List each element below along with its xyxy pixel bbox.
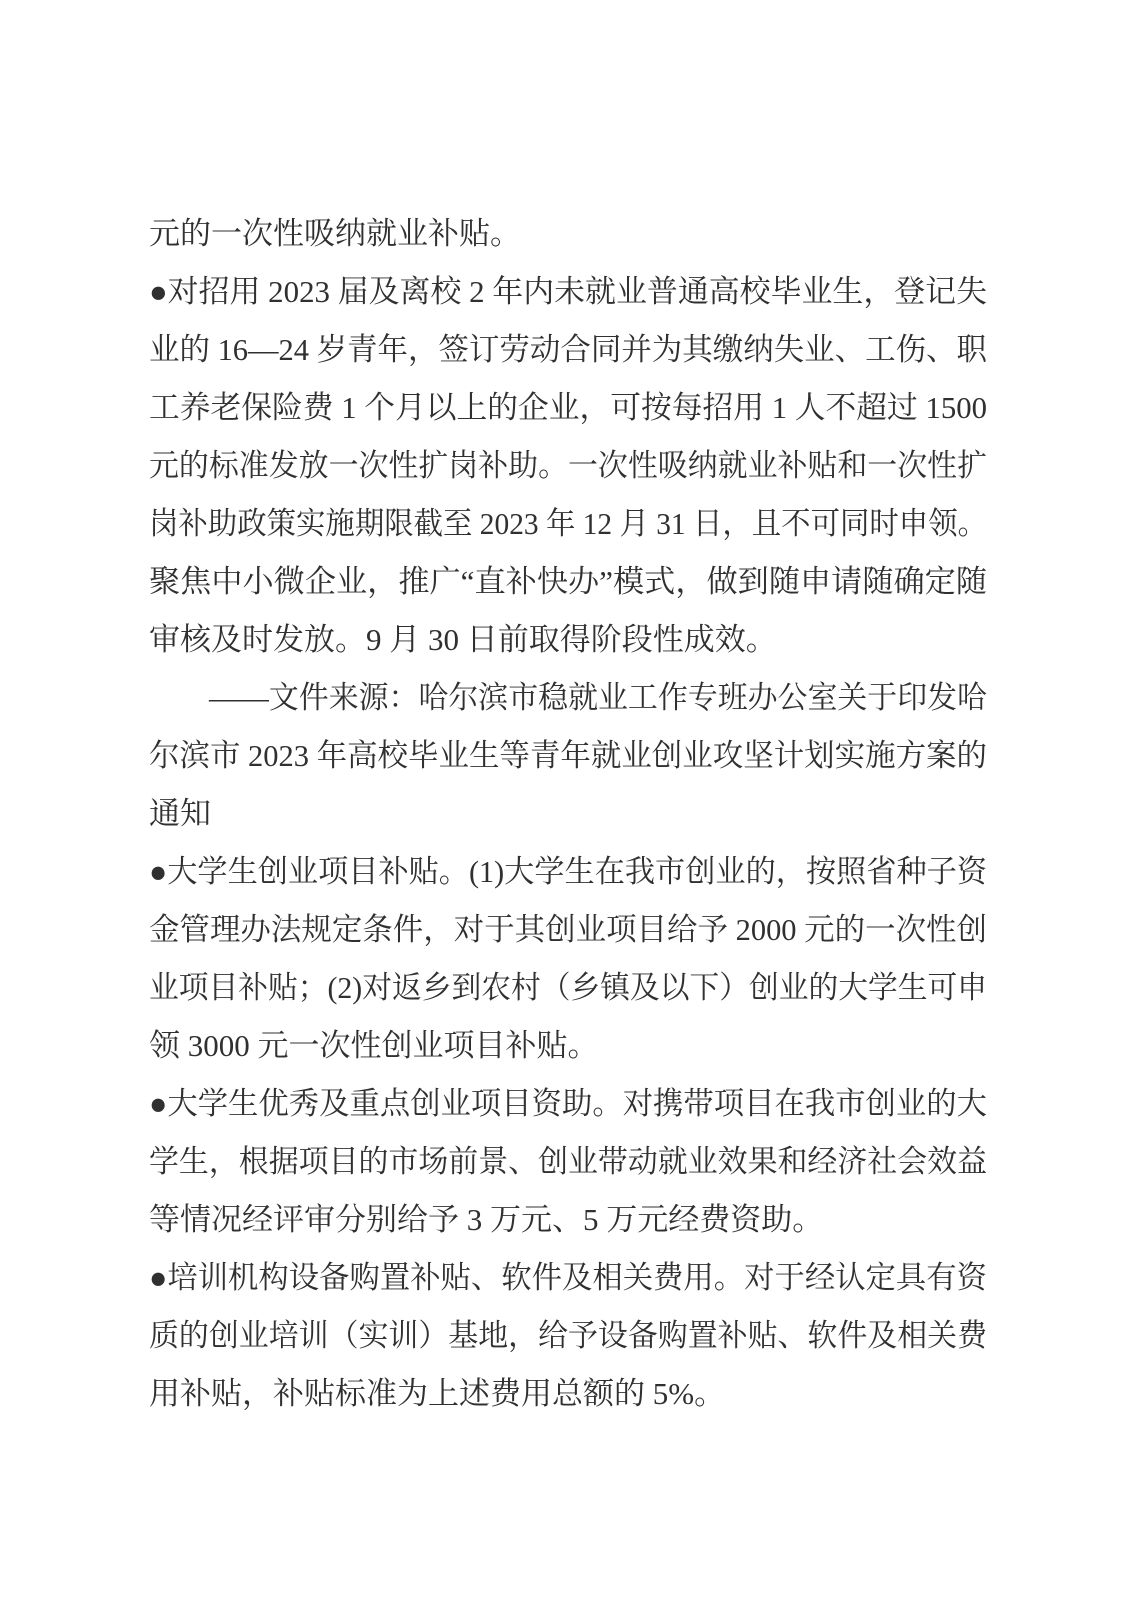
text-line-content: 金管理办法规定条件，对于其创业项目给予 2000 元的一次性创: [149, 901, 987, 959]
text-line-content: 岗补助政策实施期限截至 2023 年 12 月 31 日，且不可同时申领。: [149, 495, 987, 553]
text-line-content: 质的创业培训（实训）基地，给予设备购置补贴、软件及相关费: [149, 1307, 987, 1365]
text-line: 领 3000 元一次性创业项目补贴。: [149, 1017, 987, 1075]
text-line: 等情况经评审分别给予 3 万元、5 万元经费资助。: [149, 1191, 987, 1249]
text-line-content: ●大学生优秀及重点创业项目资助。对携带项目在我市创业的大: [149, 1075, 987, 1133]
bullet-text-line: ●大学生创业项目补贴。(1)大学生在我市创业的，按照省种子资: [149, 843, 987, 901]
bullet-text-line: ●对招用 2023 届及离校 2 年内未就业普通高校毕业生，登记失: [149, 263, 987, 321]
source-citation-line: 尔滨市 2023 年高校毕业生等青年就业创业攻坚计划实施方案的: [149, 727, 987, 785]
text-line: 用补贴，补贴标准为上述费用总额的 5%。: [149, 1365, 987, 1423]
text-line-content: 等情况经评审分别给予 3 万元、5 万元经费资助。: [149, 1191, 823, 1249]
bullet-text-line: ●培训机构设备购置补贴、软件及相关费用。对于经认定具有资: [149, 1249, 987, 1307]
text-line-content: ●对招用 2023 届及离校 2 年内未就业普通高校毕业生，登记失: [149, 263, 987, 321]
text-line-content: 通知: [149, 785, 211, 843]
text-line: 元的标准发放一次性扩岗补助。一次性吸纳就业补贴和一次性扩: [149, 437, 987, 495]
text-line-content: 元的标准发放一次性扩岗补助。一次性吸纳就业补贴和一次性扩: [149, 437, 987, 495]
text-line: 元的一次性吸纳就业补贴。: [149, 205, 987, 263]
text-line: 岗补助政策实施期限截至 2023 年 12 月 31 日，且不可同时申领。: [149, 495, 987, 553]
text-line-content: 元的一次性吸纳就业补贴。: [149, 205, 521, 263]
text-line: 学生，根据项目的市场前景、创业带动就业效果和经济社会效益: [149, 1133, 987, 1191]
text-line: 质的创业培训（实训）基地，给予设备购置补贴、软件及相关费: [149, 1307, 987, 1365]
text-line: 金管理办法规定条件，对于其创业项目给予 2000 元的一次性创: [149, 901, 987, 959]
text-line-content: 尔滨市 2023 年高校毕业生等青年就业创业攻坚计划实施方案的: [149, 727, 987, 785]
text-line-content: 用补贴，补贴标准为上述费用总额的 5%。: [149, 1365, 725, 1423]
text-line-content: ●大学生创业项目补贴。(1)大学生在我市创业的，按照省种子资: [149, 843, 987, 901]
source-citation-line: ——文件来源：哈尔滨市稳就业工作专班办公室关于印发哈: [149, 669, 987, 727]
document-text-block: 元的一次性吸纳就业补贴。 ●对招用 2023 届及离校 2 年内未就业普通高校毕…: [149, 205, 987, 1423]
text-line: 工养老保险费 1 个月以上的企业，可按每招用 1 人不超过 1500: [149, 379, 987, 437]
source-citation-line: 通知: [149, 785, 987, 843]
text-line-content: 工养老保险费 1 个月以上的企业，可按每招用 1 人不超过 1500: [149, 379, 987, 437]
text-line-content: 业项目补贴；(2)对返乡到农村（乡镇及以下）创业的大学生可申: [149, 959, 987, 1017]
text-line: 业的 16—24 岁青年，签订劳动合同并为其缴纳失业、工伤、职: [149, 321, 987, 379]
text-line-content: 聚焦中小微企业，推广“直补快办”模式，做到随申请随确定随: [149, 553, 987, 611]
text-line: 聚焦中小微企业，推广“直补快办”模式，做到随申请随确定随: [149, 553, 987, 611]
text-line: 业项目补贴；(2)对返乡到农村（乡镇及以下）创业的大学生可申: [149, 959, 987, 1017]
text-line-content: 审核及时发放。9 月 30 日前取得阶段性成效。: [149, 611, 777, 669]
text-line-content: 领 3000 元一次性创业项目补贴。: [149, 1017, 599, 1075]
text-line: 审核及时发放。9 月 30 日前取得阶段性成效。: [149, 611, 987, 669]
bullet-text-line: ●大学生优秀及重点创业项目资助。对携带项目在我市创业的大: [149, 1075, 987, 1133]
text-line-content: 业的 16—24 岁青年，签订劳动合同并为其缴纳失业、工伤、职: [149, 321, 987, 379]
text-line-content: ●培训机构设备购置补贴、软件及相关费用。对于经认定具有资: [149, 1249, 987, 1307]
text-line-content: ——文件来源：哈尔滨市稳就业工作专班办公室关于印发哈: [209, 669, 987, 727]
document-page: 元的一次性吸纳就业补贴。 ●对招用 2023 届及离校 2 年内未就业普通高校毕…: [0, 0, 1131, 1600]
text-line-content: 学生，根据项目的市场前景、创业带动就业效果和经济社会效益: [149, 1133, 987, 1191]
